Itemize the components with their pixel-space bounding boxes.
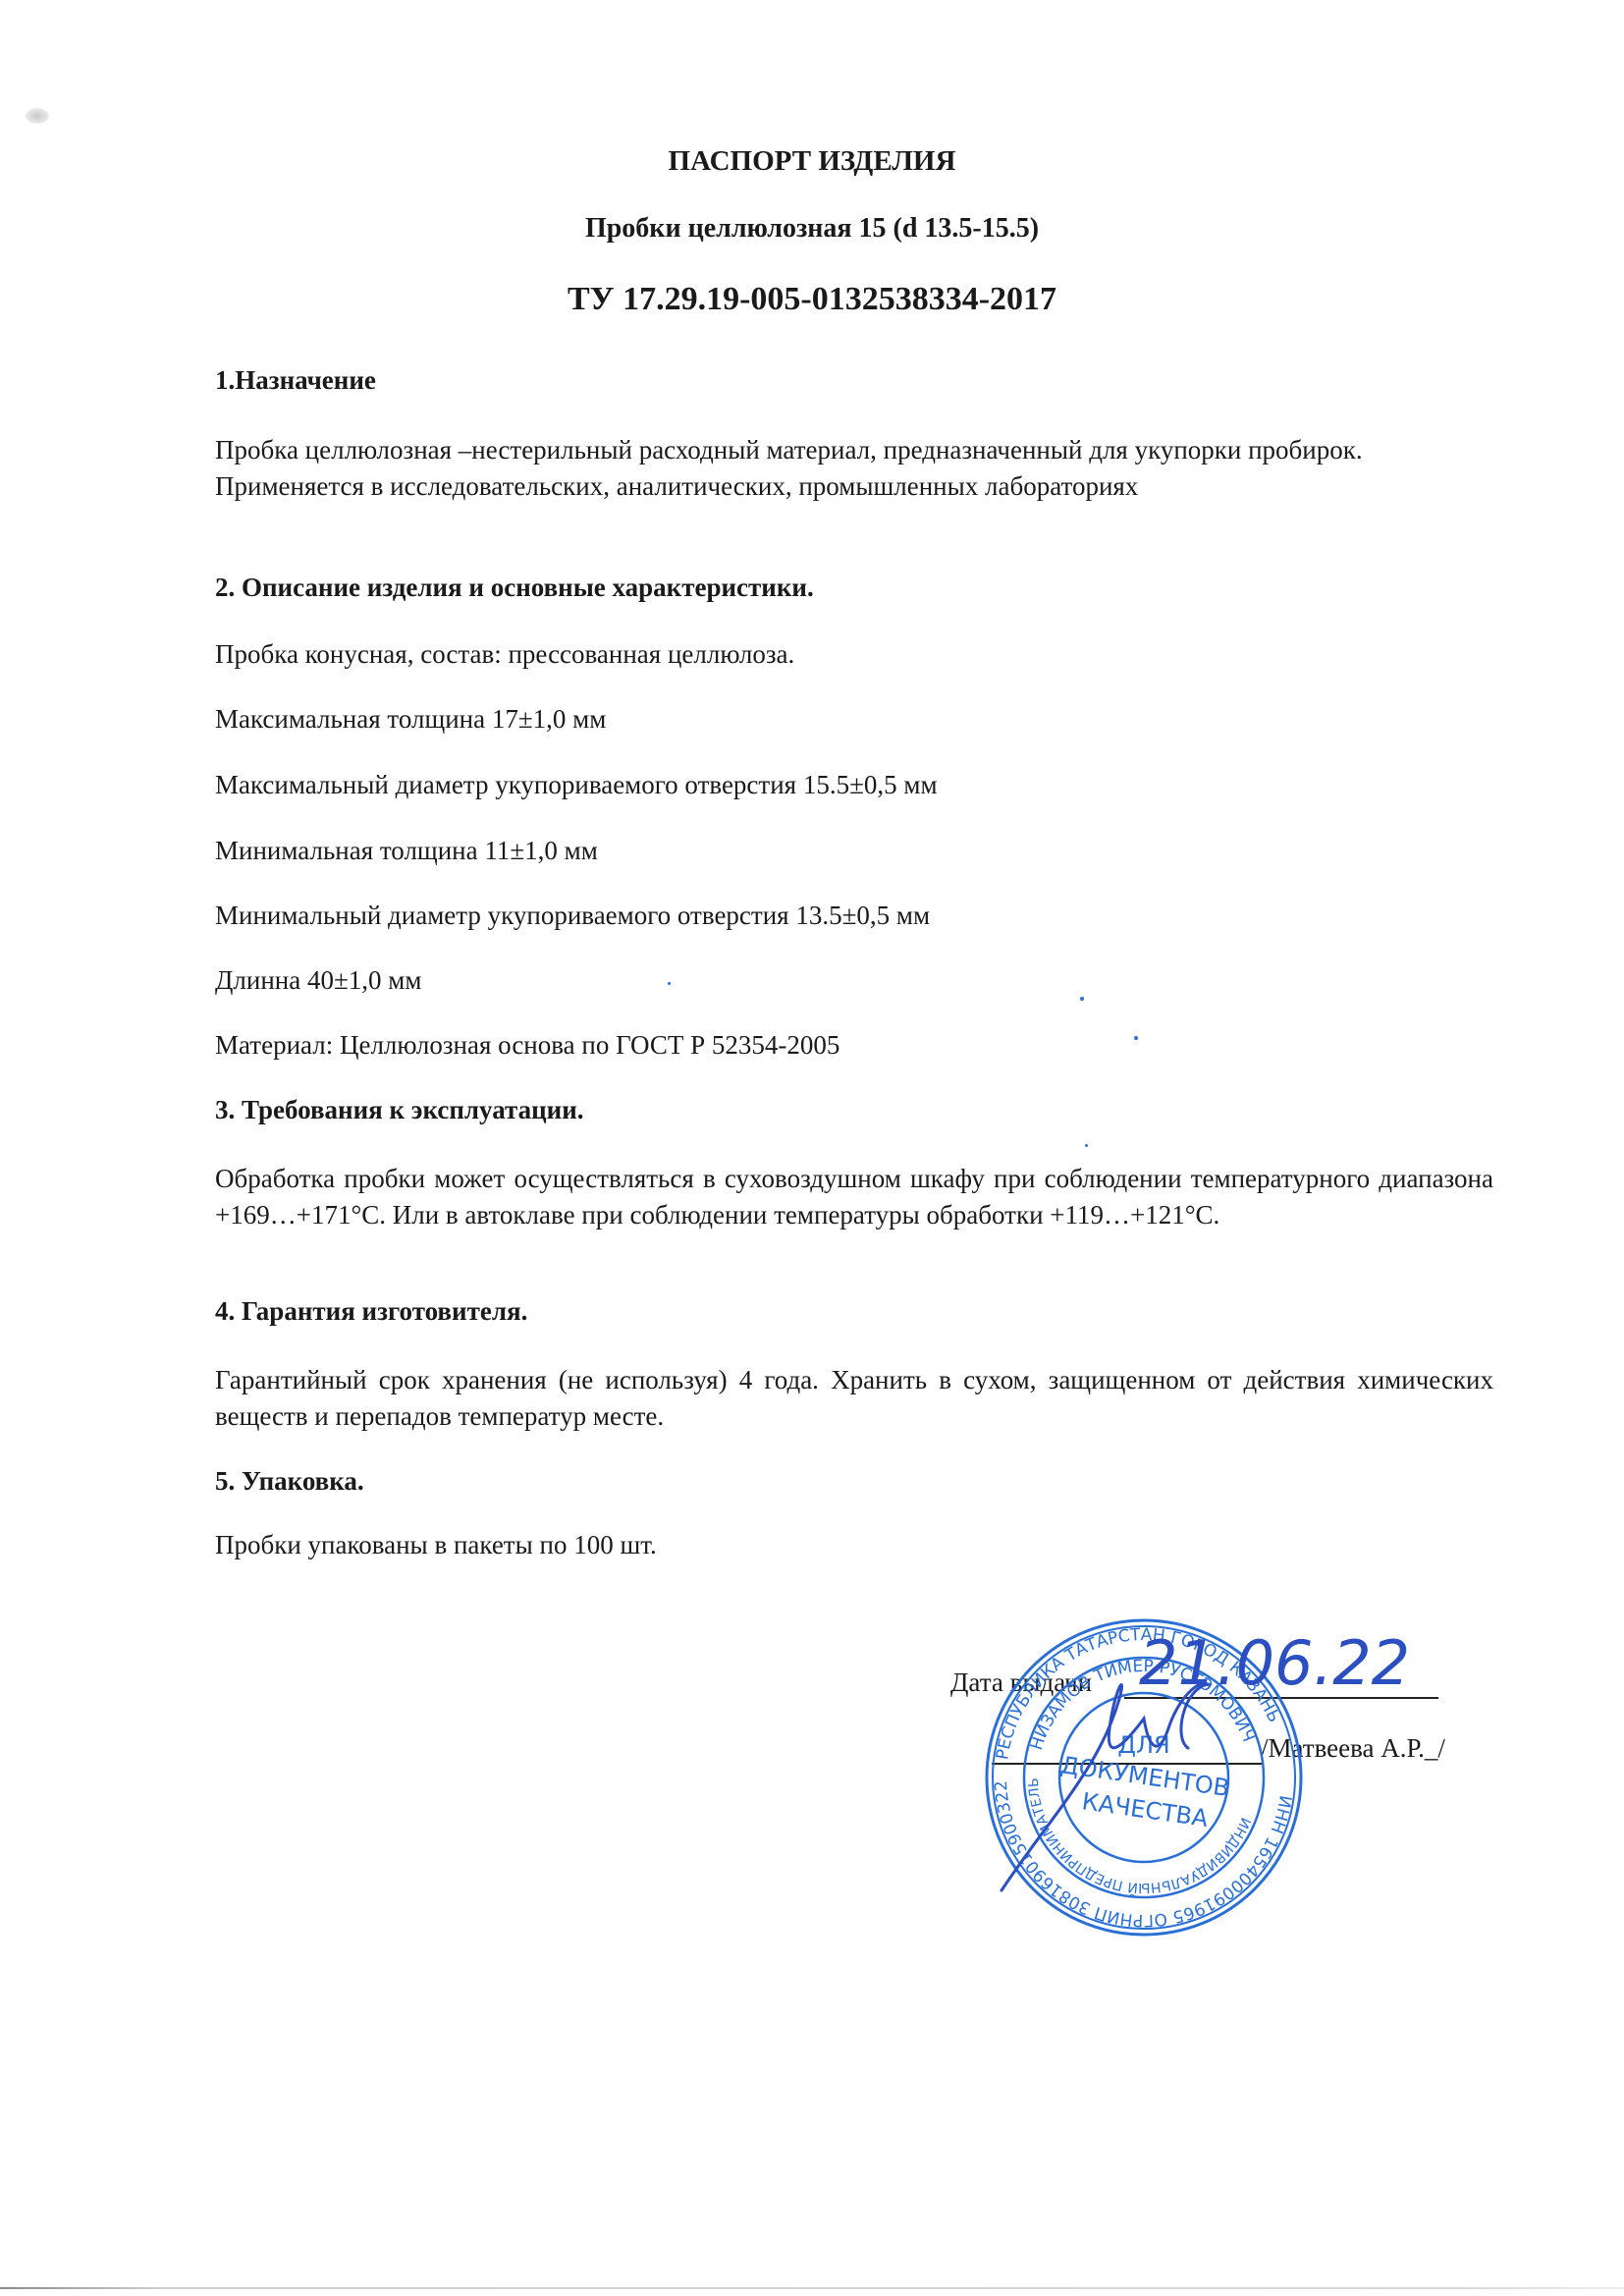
spec-line: Длинна 40±1,0 мм: [215, 965, 421, 996]
section-4-heading: 4. Гарантия изготовителя.: [215, 1296, 527, 1327]
document-standard: ТУ 17.29.19-005-0132538334-2017: [0, 281, 1624, 318]
section-3-paragraph: Обработка пробки может осуществляться в …: [215, 1161, 1493, 1233]
spec-line: Материал: Целлюлозная основа по ГОСТ Р 5…: [215, 1030, 839, 1061]
section-5-heading: 5. Упаковка.: [215, 1466, 364, 1497]
scan-smudge: [26, 108, 49, 124]
document-subtitle: Пробки целлюлозная 15 (d 13.5-15.5): [0, 213, 1624, 245]
scan-speck: [1134, 1036, 1138, 1040]
spec-line: Максимальная толщина 17±1,0 мм: [215, 704, 606, 735]
section-5-paragraph: Пробки упакованы в пакеты по 100 шт.: [215, 1530, 657, 1560]
section-2-heading: 2. Описание изделия и основные характери…: [215, 573, 814, 603]
scan-speck: [1080, 997, 1084, 1001]
section-1-heading: 1.Назначение: [215, 365, 376, 396]
page-bottom-edge: [0, 2287, 1624, 2289]
spec-line: Минимальная толщина 11±1,0 мм: [215, 836, 598, 866]
spec-line: Минимальный диаметр укупориваемого отвер…: [215, 901, 930, 931]
signature-scrawl-icon: [992, 1660, 1218, 1895]
scan-speck: [668, 982, 671, 985]
section-1-paragraph: Пробка целлюлозная –нестерильный расходн…: [215, 432, 1493, 505]
scan-speck: [1085, 1144, 1088, 1147]
document-page: ПАСПОРТ ИЗДЕЛИЯ Пробки целлюлозная 15 (d…: [0, 0, 1624, 2296]
section-3-heading: 3. Требования к эксплуатации.: [215, 1095, 584, 1125]
section-4-paragraph: Гарантийный срок хранения (не используя)…: [215, 1362, 1493, 1435]
spec-line: Максимальный диаметр укупориваемого отве…: [215, 770, 938, 800]
document-title: ПАСПОРТ ИЗДЕЛИЯ: [0, 145, 1624, 178]
spec-line: Пробка конусная, состав: прессованная це…: [215, 639, 794, 670]
